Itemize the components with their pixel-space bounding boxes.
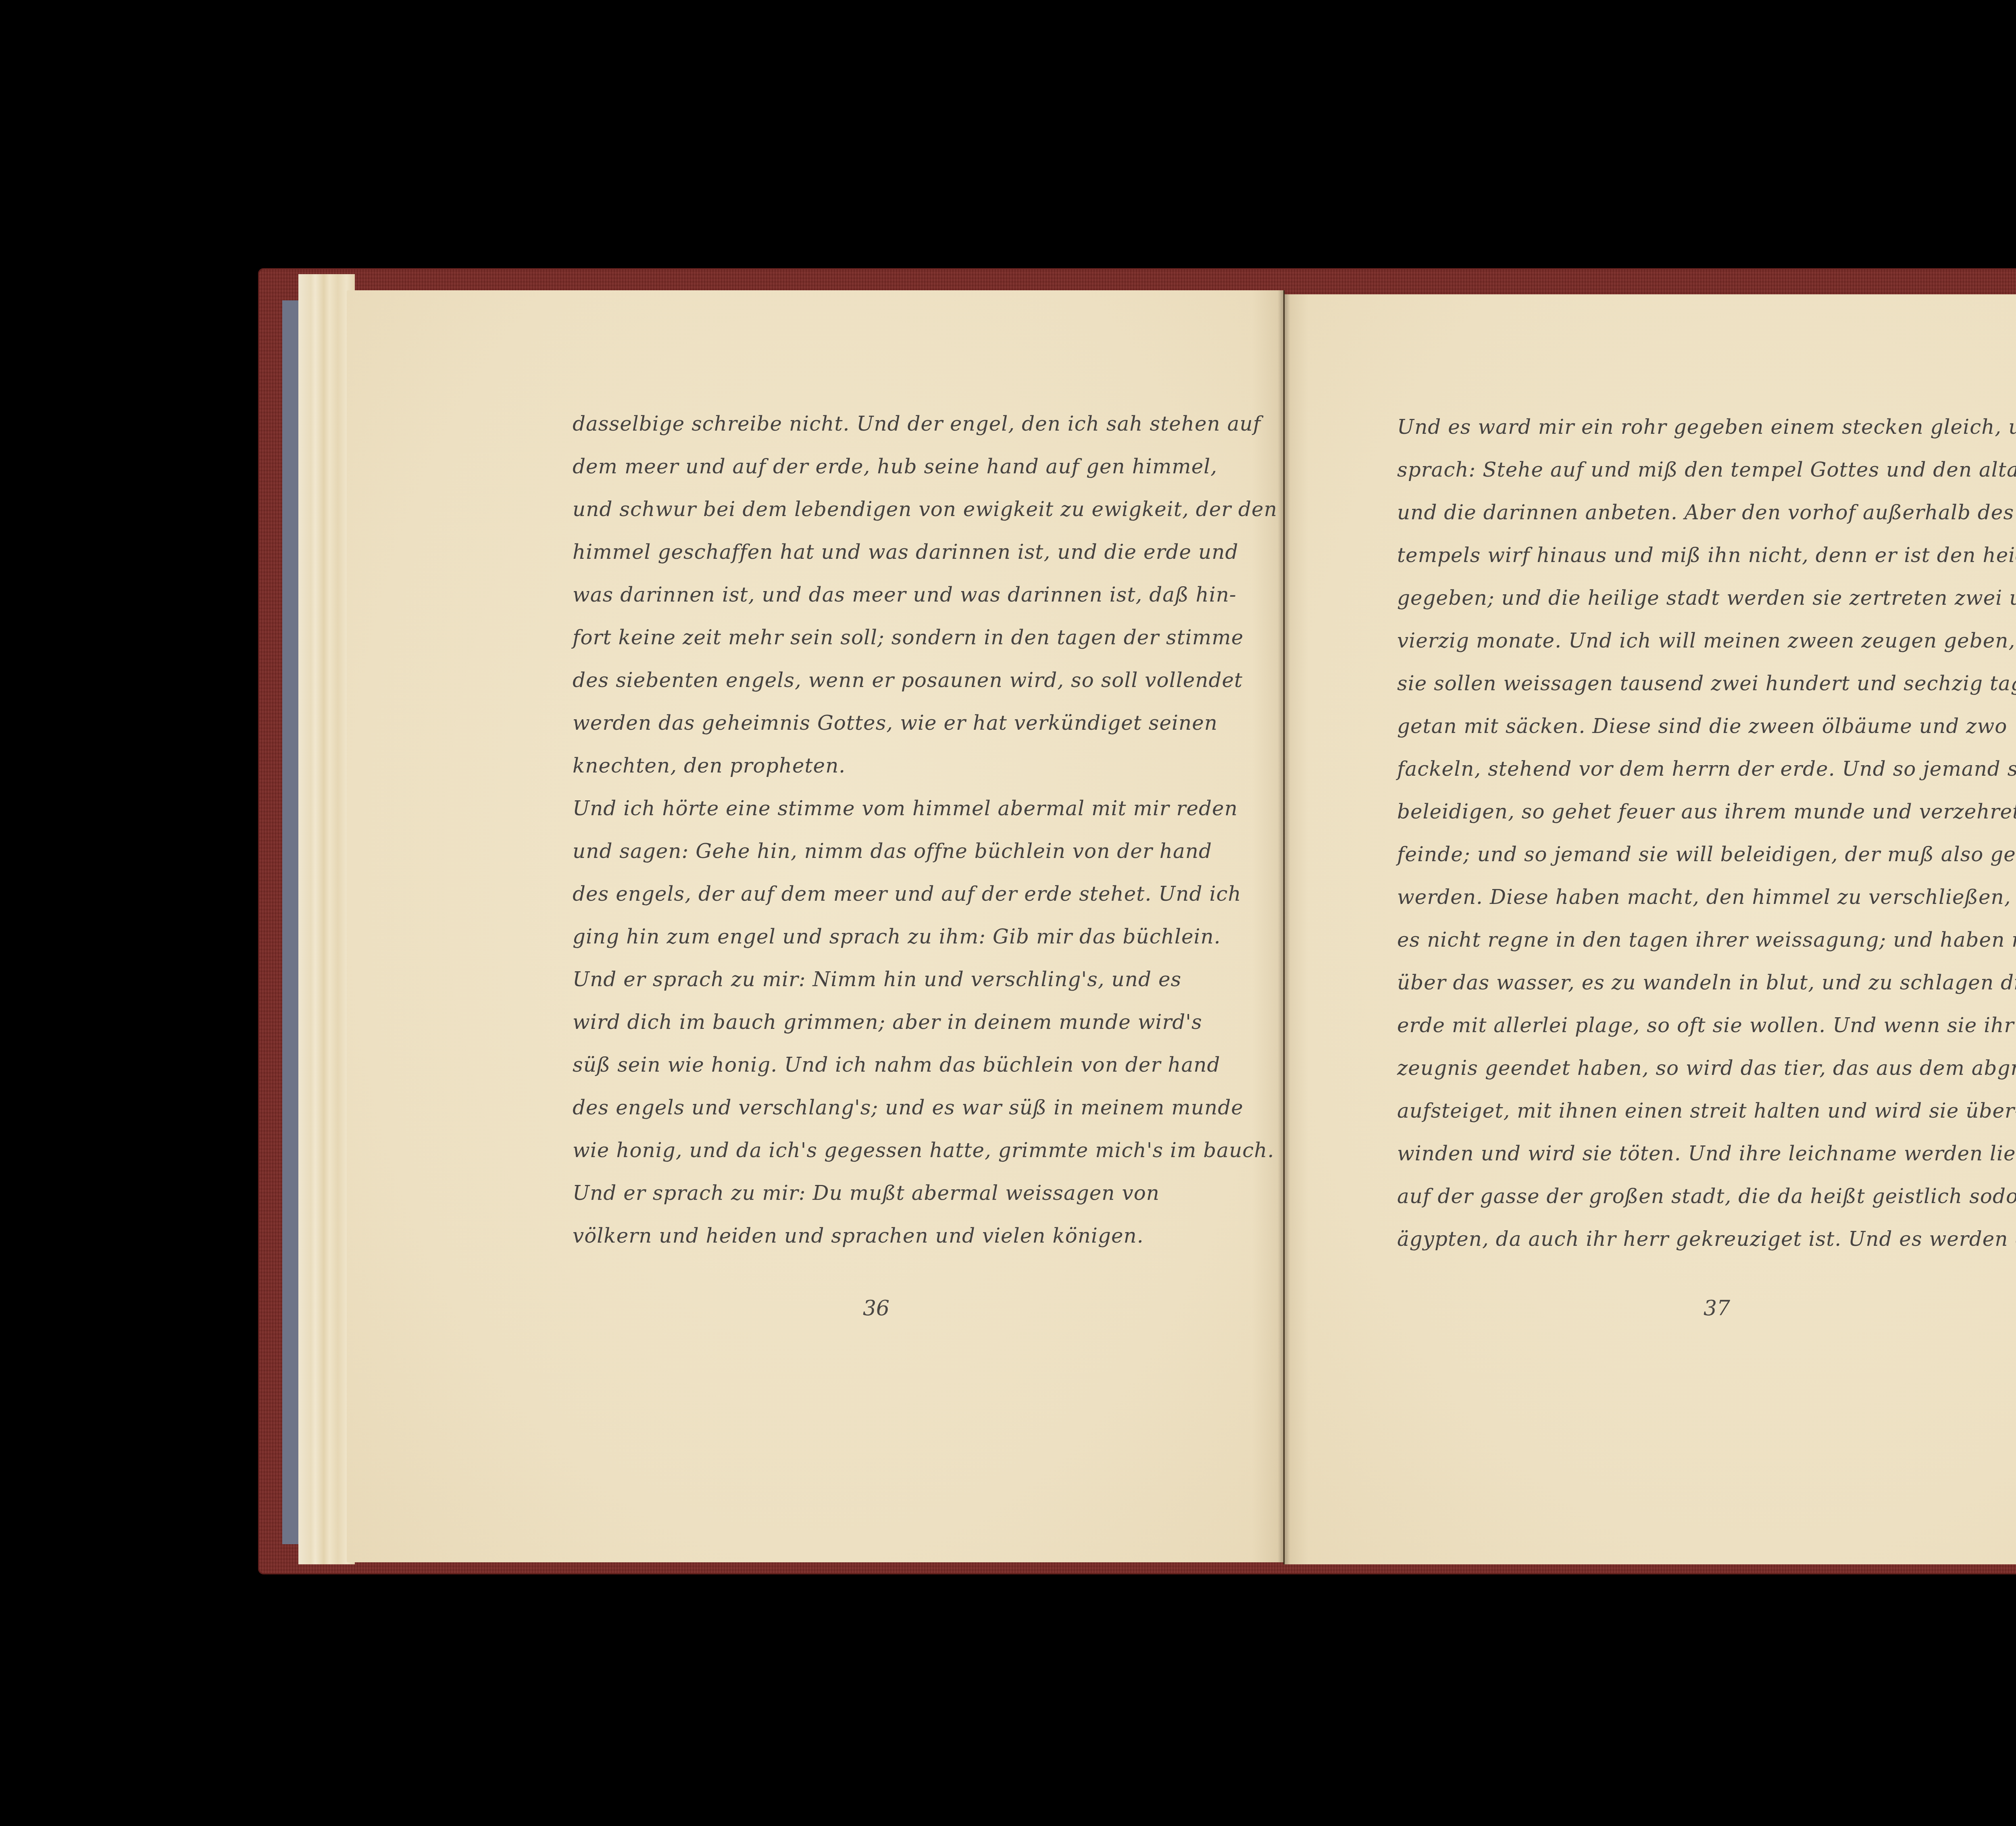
text-line: beleidigen, so gehet feuer aus ihrem mun… xyxy=(1397,790,2016,833)
text-line: des engels und verschlang's; und es war … xyxy=(573,1086,1226,1129)
text-line: süß sein wie honig. Und ich nahm das büc… xyxy=(573,1043,1226,1086)
text-line: des siebenten engels, wenn er posaunen w… xyxy=(573,659,1226,702)
text-line: dem meer und auf der erde, hub seine han… xyxy=(573,445,1226,488)
photo-background: dasselbige schreibe nicht. Und der engel… xyxy=(0,0,2016,1826)
text-line: völkern und heiden und sprachen und viel… xyxy=(573,1214,1226,1257)
text-line: winden und wird sie töten. Und ihre leic… xyxy=(1397,1132,2016,1175)
text-line: feinde; und so jemand sie will beleidige… xyxy=(1397,833,2016,876)
text-line: erde mit allerlei plage, so oft sie woll… xyxy=(1397,1004,2016,1047)
page-number-right: 37 xyxy=(1704,1296,1730,1320)
text-line: himmel geschaffen hat und was darinnen i… xyxy=(573,531,1226,573)
text-line: über das wasser, es zu wandeln in blut, … xyxy=(1397,961,2016,1004)
text-line: sie sollen weissagen tausend zwei hunder… xyxy=(1397,662,2016,705)
text-line: des engels, der auf dem meer und auf der… xyxy=(573,872,1226,915)
text-line: auf der gasse der großen stadt, die da h… xyxy=(1397,1175,2016,1218)
text-line: ägypten, da auch ihr herr gekreuziget is… xyxy=(1397,1218,2016,1260)
text-line: fort keine zeit mehr sein soll; sondern … xyxy=(573,616,1226,659)
text-line: knechten, den propheten. xyxy=(573,744,1226,787)
page-stack-left xyxy=(298,274,355,1564)
text-line: und schwur bei dem lebendigen von ewigke… xyxy=(573,488,1226,531)
text-line: und sagen: Gehe hin, nimm das offne büch… xyxy=(573,830,1226,872)
text-line: gegeben; und die heilige stadt werden si… xyxy=(1397,577,2016,619)
text-line: es nicht regne in den tagen ihrer weissa… xyxy=(1397,918,2016,961)
text-line: Und es ward mir ein rohr gegeben einem s… xyxy=(1397,406,2016,448)
text-line: vierzig monate. Und ich will meinen zwee… xyxy=(1397,619,2016,662)
text-line: dasselbige schreibe nicht. Und der engel… xyxy=(573,402,1226,445)
text-line: fackeln, stehend vor dem herrn der erde.… xyxy=(1397,747,2016,790)
text-line: werden das geheimnis Gottes, wie er hat … xyxy=(573,702,1226,744)
text-line: Und ich hörte eine stimme vom himmel abe… xyxy=(573,787,1226,830)
page-number-left: 36 xyxy=(863,1296,889,1320)
right-page-text: Und es ward mir ein rohr gegeben einem s… xyxy=(1397,406,2016,1260)
text-line: aufsteiget, mit ihnen einen streit halte… xyxy=(1397,1089,2016,1132)
text-line: wird dich im bauch grimmen; aber in dein… xyxy=(573,1001,1226,1043)
book-gutter xyxy=(1283,290,1285,1564)
text-line: ging hin zum engel und sprach zu ihm: Gi… xyxy=(573,915,1226,958)
text-line: werden. Diese haben macht, den himmel zu… xyxy=(1397,876,2016,918)
text-line: und die darinnen anbeten. Aber den vorho… xyxy=(1397,491,2016,534)
text-line: Und er sprach zu mir: Nimm hin und versc… xyxy=(573,958,1226,1001)
text-line: tempels wirf hinaus und miß ihn nicht, d… xyxy=(1397,534,2016,577)
text-line: was darinnen ist, und das meer und was d… xyxy=(573,573,1226,616)
text-line: sprach: Stehe auf und miß den tempel Got… xyxy=(1397,448,2016,491)
text-line: zeugnis geendet haben, so wird das tier,… xyxy=(1397,1047,2016,1089)
text-line: getan mit säcken. Diese sind die zween ö… xyxy=(1397,705,2016,747)
text-line: wie honig, und da ich's gegessen hatte, … xyxy=(573,1129,1226,1172)
text-line: Und er sprach zu mir: Du mußt abermal we… xyxy=(573,1172,1226,1214)
left-page-text: dasselbige schreibe nicht. Und der engel… xyxy=(573,402,1226,1257)
